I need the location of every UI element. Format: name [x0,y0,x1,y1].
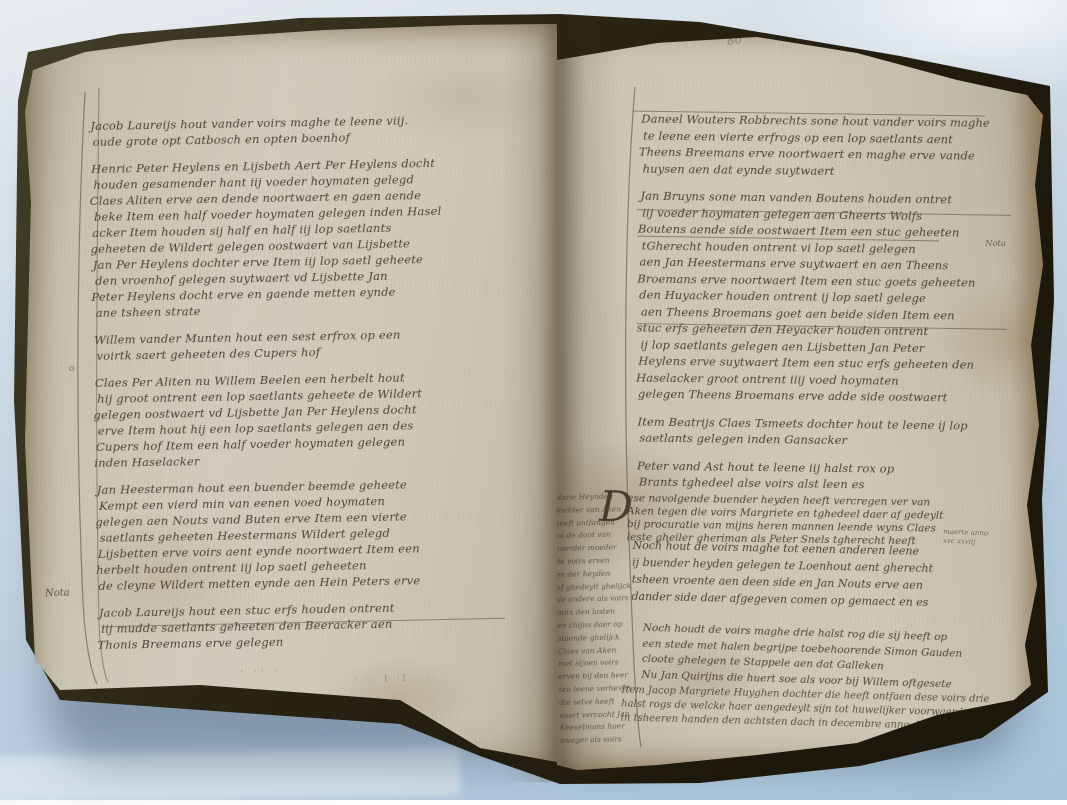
text-line: saetlants gelegen inden Gansacker [639,430,1037,451]
text-line: swager als voirs [560,733,644,748]
left-paragraph-1: Jacob Laureijs hout vander voirs maghe t… [90,110,540,150]
right-paragraph-4: Peter vand Ast hout te leene iij halst r… [637,457,1035,495]
side-note: maerte annoxvc xxviij [943,528,1014,548]
left-paragraph-4: Claes Per Aliten nu Willem Beelen een he… [95,367,547,471]
gutter-marginalia: Marie Heyndendochter van Akenheeft ontfa… [554,490,645,748]
right-paragraph-3: Item Beatrijs Claes Tsmeets dochter hout… [637,413,1035,451]
left-paragraph-2: Henric Peter Heylens en Lijsbeth Aert Pe… [91,153,544,321]
left-page-text-column: Jacob Laureijs hout vander voirs maghe t… [90,110,549,664]
right-paragraph-1: Daneel Wouters Robbrechts sone hout vand… [641,111,1040,182]
right-page-text-column: Daneel Wouters Robbrechts sone hout vand… [637,111,1040,506]
left-paragraph-3: Willem vander Munten hout een sest erfro… [94,324,544,364]
text-line: de andere als voirs [556,592,640,607]
left-paragraph-5: Jan Heesterman hout een buender beemde g… [97,474,549,594]
right-page: 80 Daneel Wouters Robbrechts sone hout v… [557,25,1043,773]
photo-background: Jacob Laureijs hout vander voirs maghe t… [0,0,1067,800]
noch-entry-1: Noch hout de voirs maghe tot eenen ander… [631,537,1034,613]
faint-pencil-marks: · ·· · [240,667,281,678]
noch-entry-2: Noch houdt de voirs maghe drie halst rog… [641,621,1041,695]
text-line: ten leene verheven [559,682,643,697]
right-paragraph-2: Jan Bruyns sone man vanden Boutens houde… [638,188,1039,407]
text-line: huysen aen dat eynde suytwaert [643,160,1041,181]
margin-mark: o [69,364,74,374]
text-line: Brants tghedeel alse voirs alst leen es [639,474,1037,495]
left-page: Jacob Laureijs hout vander voirs maghe t… [25,22,557,774]
nota-margin-note-left: Nota [45,588,70,600]
nota-margin-note-right: Nota [985,239,1006,249]
faint-pencil-marks-2: · ·· t ·l· ··· [355,673,438,684]
